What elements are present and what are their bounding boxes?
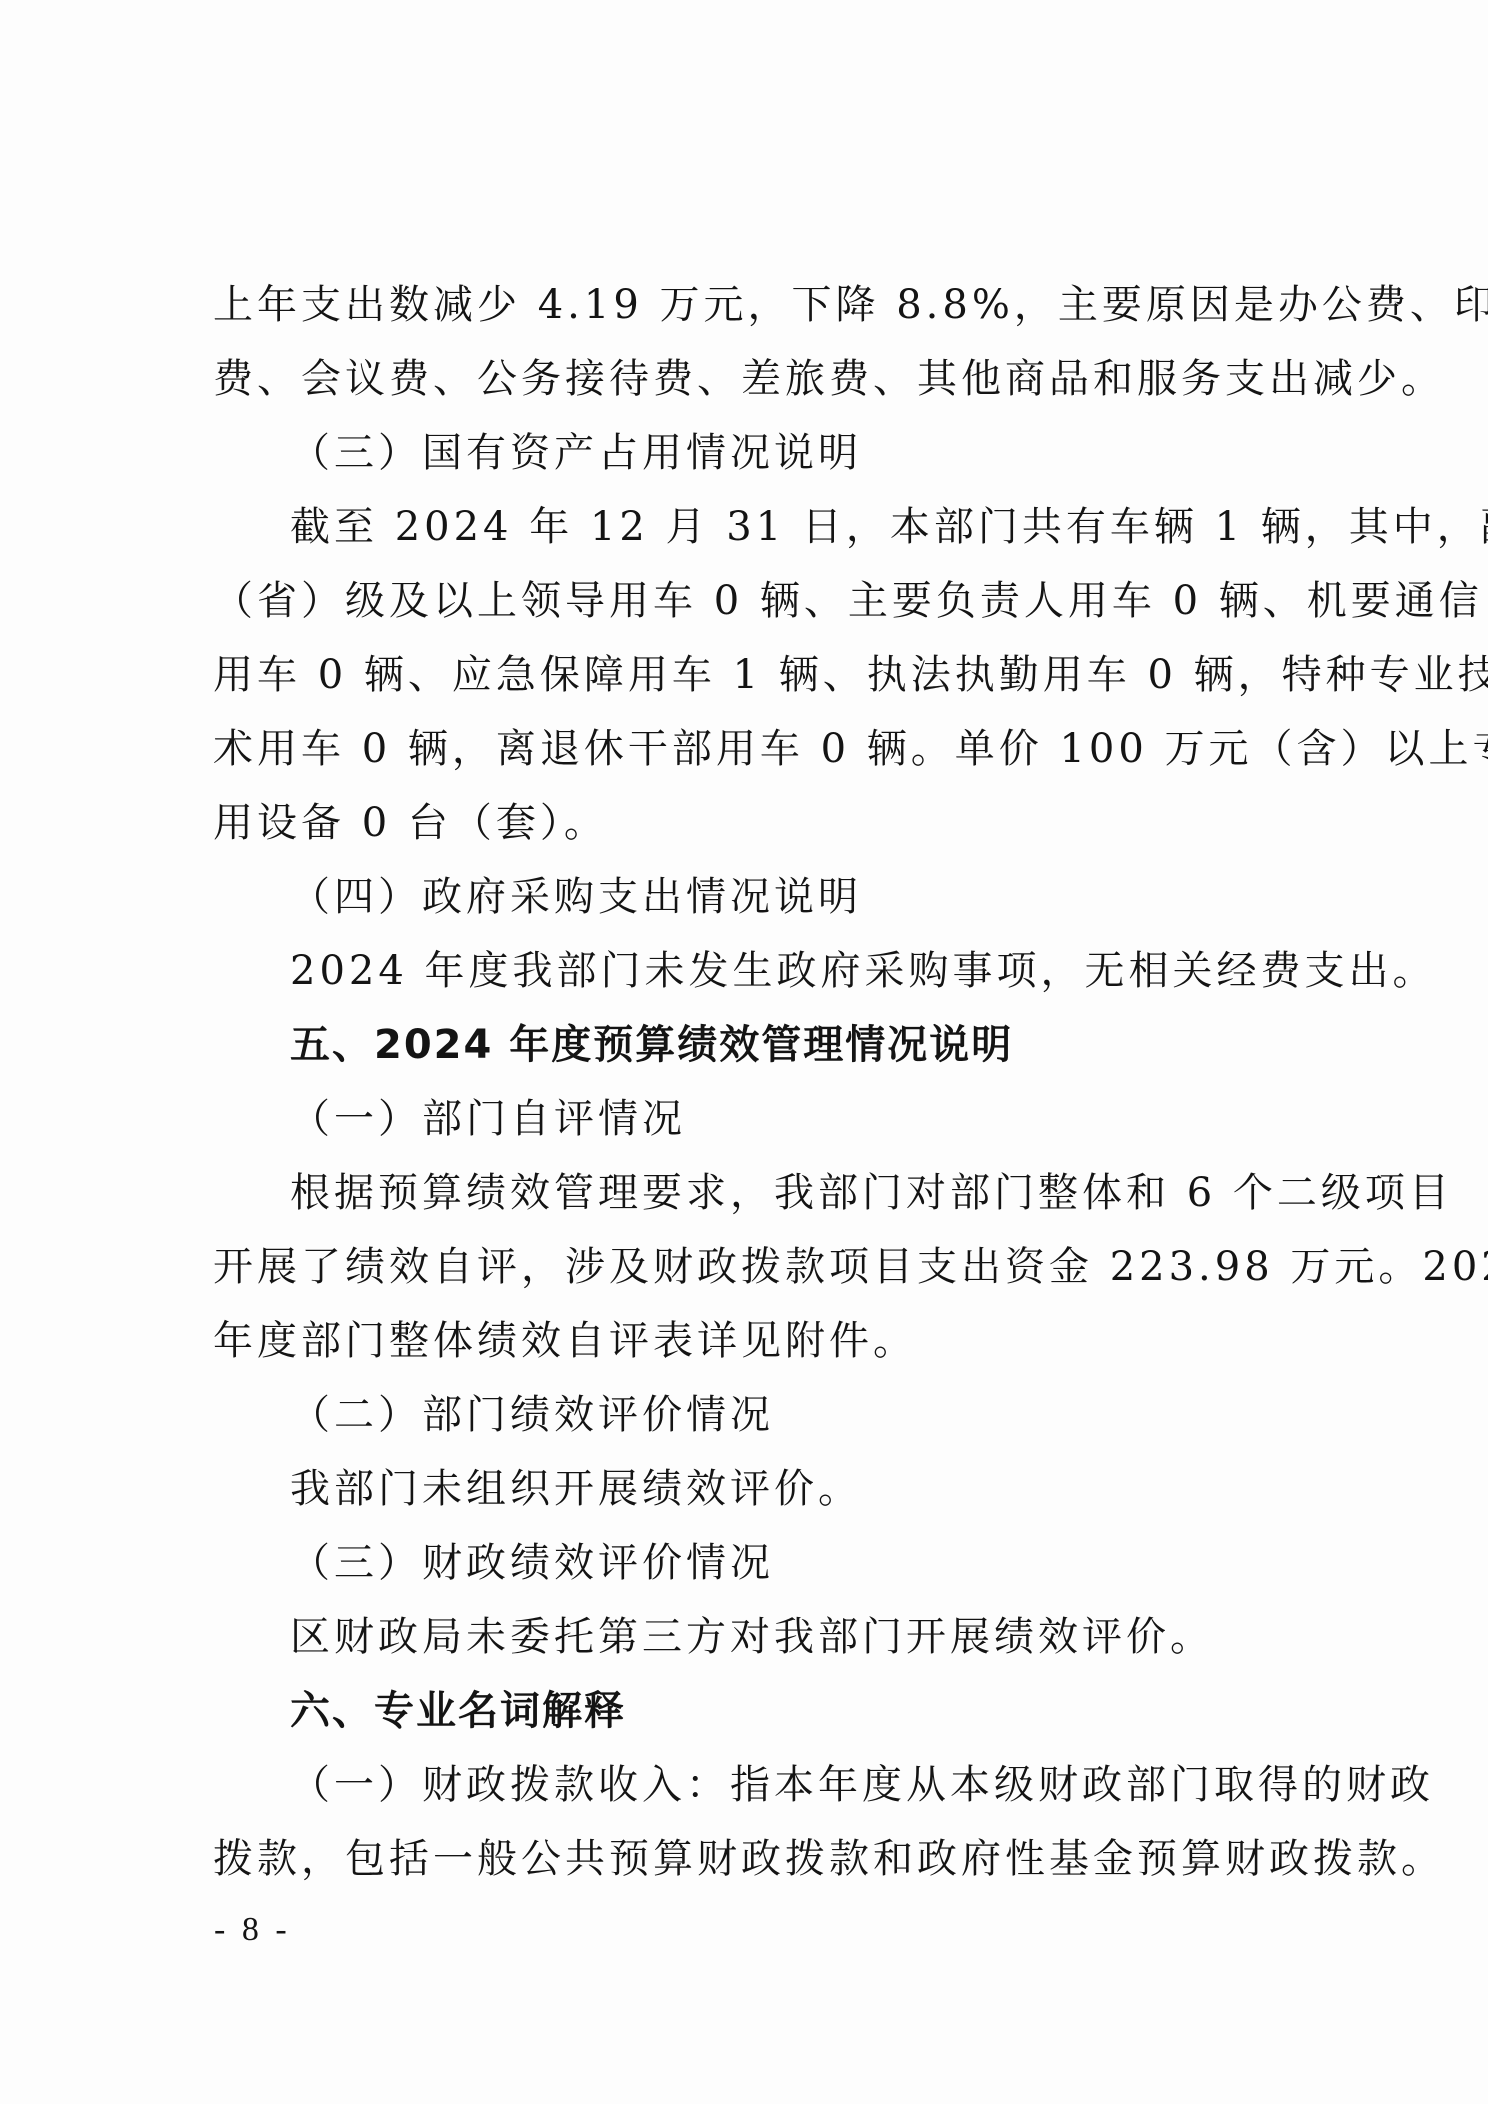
page-number: - 8 - bbox=[214, 1905, 291, 1955]
paragraph-line: 用车 0 辆、应急保障用车 1 辆、执法执勤用车 0 辆，特种专业技 bbox=[213, 645, 1323, 705]
paragraph-line: 用设备 0 台（套）。 bbox=[213, 793, 1323, 853]
paragraph-line: 我部门未组织开展绩效评价。 bbox=[290, 1459, 1323, 1519]
document-page: 上年支出数减少 4.19 万元，下降 8.8%，主要原因是办公费、印刷 费、会议… bbox=[0, 0, 1488, 2104]
section-subheading: （四）政府采购支出情况说明 bbox=[290, 867, 1323, 927]
section-subheading: （一）部门自评情况 bbox=[290, 1089, 1323, 1149]
section-subheading: （二）部门绩效评价情况 bbox=[290, 1385, 1323, 1445]
paragraph-line: （省）级及以上领导用车 0 辆、主要负责人用车 0 辆、机要通信 bbox=[213, 571, 1323, 631]
paragraph-line: 2024 年度我部门未发生政府采购事项，无相关经费支出。 bbox=[290, 941, 1323, 1001]
paragraph-line: 开展了绩效自评，涉及财政拨款项目支出资金 223.98 万元。2024 bbox=[213, 1237, 1323, 1297]
paragraph-line: 根据预算绩效管理要求，我部门对部门整体和 6 个二级项目 bbox=[290, 1163, 1323, 1223]
paragraph-line: 费、会议费、公务接待费、差旅费、其他商品和服务支出减少。 bbox=[213, 349, 1323, 409]
paragraph-line: 上年支出数减少 4.19 万元，下降 8.8%，主要原因是办公费、印刷 bbox=[213, 275, 1323, 335]
section-subheading: （三）国有资产占用情况说明 bbox=[290, 423, 1323, 483]
section-subheading: （三）财政绩效评价情况 bbox=[290, 1533, 1323, 1593]
paragraph-line: 区财政局未委托第三方对我部门开展绩效评价。 bbox=[290, 1607, 1323, 1667]
paragraph-line: 年度部门整体绩效自评表详见附件。 bbox=[213, 1311, 1323, 1371]
paragraph-line: （一）财政拨款收入：指本年度从本级财政部门取得的财政 bbox=[290, 1755, 1323, 1815]
paragraph-line: 术用车 0 辆，离退休干部用车 0 辆。单价 100 万元（含）以上专 bbox=[213, 719, 1323, 779]
section-heading: 五、2024 年度预算绩效管理情况说明 bbox=[290, 1015, 1323, 1075]
section-heading: 六、专业名词解释 bbox=[290, 1681, 1323, 1741]
paragraph-line: 截至 2024 年 12 月 31 日，本部门共有车辆 1 辆，其中，副部 bbox=[290, 497, 1323, 557]
paragraph-line: 拨款，包括一般公共预算财政拨款和政府性基金预算财政拨款。 bbox=[213, 1829, 1323, 1889]
